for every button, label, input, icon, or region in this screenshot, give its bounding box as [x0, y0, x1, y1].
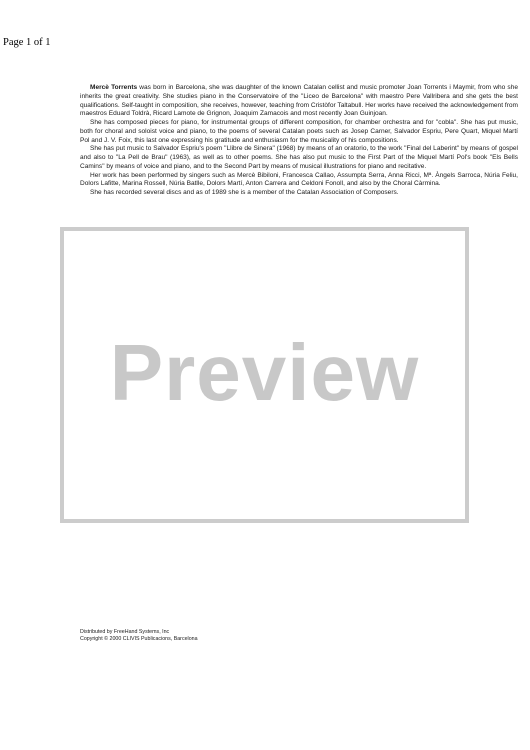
bio-paragraph-1: Mercè Torrents was born in Barcelona, sh…: [80, 84, 518, 119]
composer-name: Mercè Torrents: [90, 84, 137, 91]
biography-text: Mercè Torrents was born in Barcelona, sh…: [80, 84, 518, 195]
distributor-line: Distributed by FreeHand Systems, Inc: [80, 629, 198, 636]
bio-paragraph-5: She has recorded several discs and as of…: [80, 189, 518, 195]
preview-overlay: Preview: [60, 227, 469, 523]
bio-paragraph-3: She has put music to Salvador Espriu's p…: [80, 145, 518, 171]
bio-paragraph-2: She has composed pieces for piano, for i…: [80, 119, 518, 145]
footer: Distributed by FreeHand Systems, Inc Cop…: [80, 629, 198, 643]
page-counter: Page 1 of 1: [3, 37, 51, 48]
copyright-line: Copyright © 2000 CLIVIS Publicacions, Ba…: [80, 636, 198, 643]
bio-paragraph-4: Her work has been performed by singers s…: [80, 172, 518, 190]
preview-watermark: Preview: [64, 327, 465, 419]
